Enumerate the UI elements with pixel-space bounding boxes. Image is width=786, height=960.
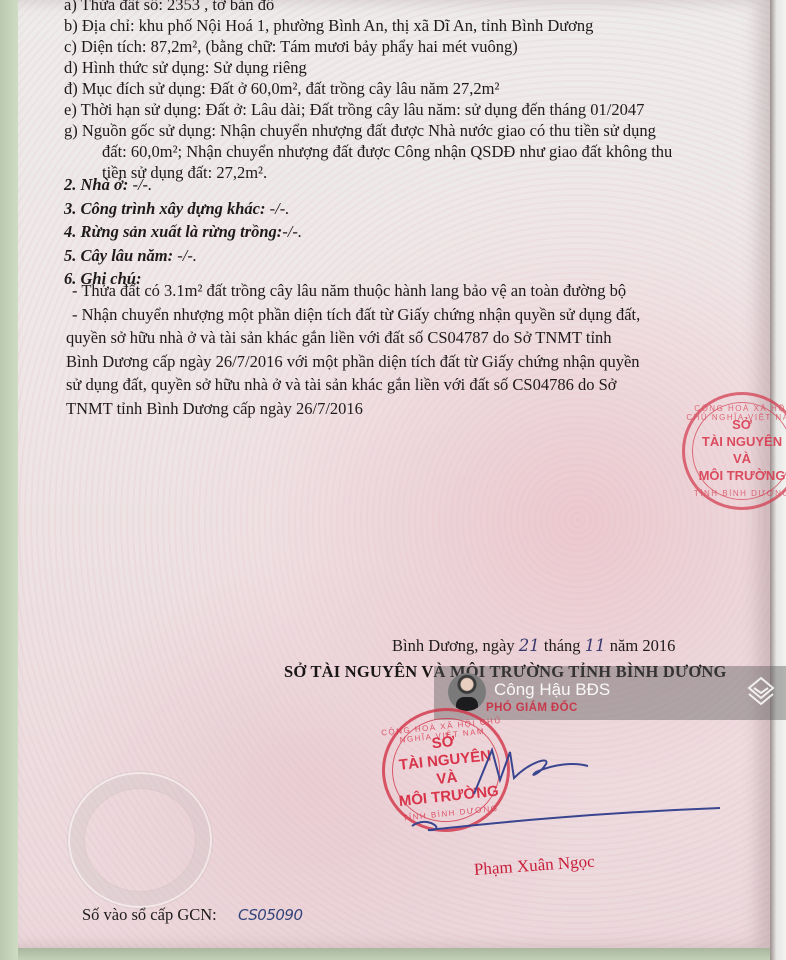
note-item-cont: sử dụng đất, quyền sở hữu nhà ở và tài s… [66,374,640,398]
signature-mark [470,742,600,802]
note-item-cont: quyền sở hữu nhà ở và tài sản khác gắn l… [66,327,640,351]
usage-purpose: đ) Mục đích sử dụng: Đất ở 60,0m², đất t… [64,78,672,99]
note-item: - Thửa đất có 3.1m² đất trồng cây lâu nă… [72,280,640,304]
notes-list: - Thửa đất có 3.1m² đất trồng cây lâu nă… [72,280,640,421]
signer-title: PHÓ GIÁM ĐỐC [486,702,578,714]
section-house: 2. Nhà ở: -/-. [64,174,302,198]
handwritten-month: 11 [585,636,606,655]
registry-number: CS05090 [238,906,303,924]
handwritten-day: 21 [519,636,540,655]
section-other-construction: 3. Công trình xây dựng khác: -/-. [64,198,302,222]
usage-origin-cont: đất: 60,0m²; Nhận chuyển nhượng đất được… [64,141,672,162]
chevron-stack-icon [746,676,776,713]
section-perennial-trees: 5. Cây lâu năm: -/-. [64,245,302,269]
parcel-number: a) Thửa đất số: 2353 , tờ bản đồ [64,0,672,15]
signature-line [408,796,728,836]
emboss-seal [68,772,212,908]
usage-form: d) Hình thức sử dụng: Sử dụng riêng [64,57,672,78]
background-surface [0,0,18,960]
place-and-date: Bình Dương, ngày 21 tháng 11 năm 2016 [392,636,675,656]
red-seal-partial: CỘNG HOÀ XÃ HỘI CHỦ NGHĨA VIỆT NAM SỞ TÀ… [682,392,786,510]
avatar [448,673,486,711]
registry-label: Số vào sổ cấp GCN: [82,905,217,925]
usage-origin: g) Nguồn gốc sử dụng: Nhận chuyển nhượng… [64,120,672,141]
note-item: - Nhận chuyển nhượng một phần diện tích … [72,304,640,328]
usage-term: e) Thời hạn sử dụng: Đất ở: Lâu dài; Đất… [64,99,672,120]
watermark-name: Công Hậu BĐS [494,680,610,700]
parcel-address: b) Địa chỉ: khu phố Nội Hoá 1, phường Bì… [64,15,672,36]
note-item-cont: TNMT tỉnh Bình Dương cấp ngày 26/7/2016 [66,398,640,422]
property-sections: 2. Nhà ở: -/-. 3. Công trình xây dựng kh… [64,174,302,292]
parcel-area: c) Diện tích: 87,2m², (bằng chữ: Tám mươ… [64,36,672,57]
land-parcel-details: a) Thửa đất số: 2353 , tờ bản đồ b) Địa … [64,0,672,183]
background-surface-bottom [18,948,770,960]
section-production-forest: 4. Rừng sản xuất là rừng trồng:-/-. [64,221,302,245]
note-item-cont: Bình Dương cấp ngày 26/7/2016 với một ph… [66,351,640,375]
